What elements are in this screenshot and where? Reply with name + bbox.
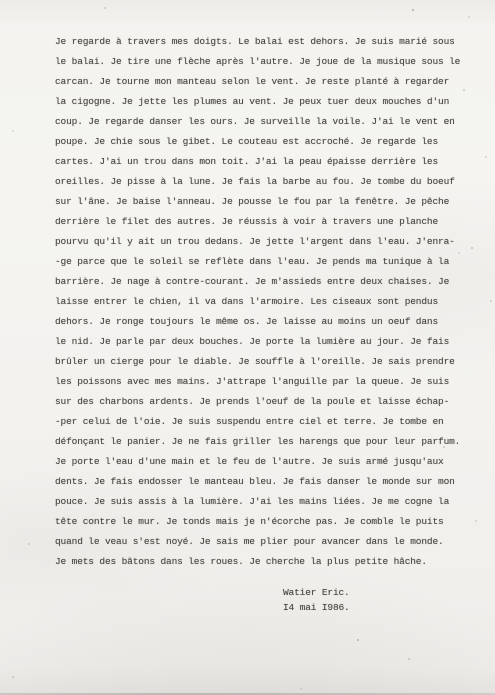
signature-block: Watier Eric. I4 mai I986.	[283, 585, 350, 615]
text-line: derrière le filet des autres. Je réussis…	[55, 212, 465, 232]
text-line: la cigogne. Je jette les plumes au vent.…	[55, 92, 465, 112]
text-line: dents. Je fais endosser le manteau bleu.…	[55, 472, 465, 492]
text-line: brûler un cierge pour le diable. Je souf…	[55, 352, 465, 372]
text-line: -ge parce que le soleil se reflète dans …	[55, 252, 465, 272]
text-line: Je porte l'eau d'une main et le feu de l…	[55, 452, 465, 472]
text-line: sur l'âne. Je baise l'anneau. Je pousse …	[55, 192, 465, 212]
text-line: quand le veau s'est noyé. Je sais me pli…	[55, 532, 465, 552]
text-line: pouce. Je suis assis à la lumière. J'ai …	[55, 492, 465, 512]
text-line: le nid. Je parle par deux bouches. Je po…	[55, 332, 465, 352]
text-line: les poissons avec mes mains. J'attrape l…	[55, 372, 465, 392]
signature-name: Watier Eric.	[283, 585, 350, 600]
text-line: défonçant le panier. Je ne fais griller …	[55, 432, 465, 452]
text-line: sur des charbons ardents. Je prends l'oe…	[55, 392, 465, 412]
text-line: carcan. Je tourne mon manteau selon le v…	[55, 72, 465, 92]
text-line: Je mets des bâtons dans les roues. Je ch…	[55, 552, 465, 572]
scan-noise-specks	[0, 0, 2, 2]
text-line: oreilles. Je pisse à la lune. Je fais la…	[55, 172, 465, 192]
text-line: pourvu qu'il y ait un trou dedans. Je je…	[55, 232, 465, 252]
text-line: barrière. Je nage à contre-courant. Je m…	[55, 272, 465, 292]
text-line: laisse entrer le chien, il va dans l'arm…	[55, 292, 465, 312]
body-text: Je regarde à travers mes doigts. Le bala…	[55, 32, 465, 572]
text-line: cartes. J'ai un trou dans mon toit. J'ai…	[55, 152, 465, 172]
scanned-page: Je regarde à travers mes doigts. Le bala…	[0, 0, 495, 695]
text-line: tête contre le mur. Je tonds mais je n'é…	[55, 512, 465, 532]
signature-date: I4 mai I986.	[283, 600, 350, 615]
text-line: coup. Je regarde danser les ours. Je sur…	[55, 112, 465, 132]
text-line: Je regarde à travers mes doigts. Le bala…	[55, 32, 465, 52]
text-line: -per celui de l'oie. Je suis suspendu en…	[55, 412, 465, 432]
text-line: dehors. Je ronge toujours le même os. Je…	[55, 312, 465, 332]
text-line: le balai. Je tire une flèche après l'aut…	[55, 52, 465, 72]
text-line: poupe. Je chie sous le gibet. Le couteau…	[55, 132, 465, 152]
